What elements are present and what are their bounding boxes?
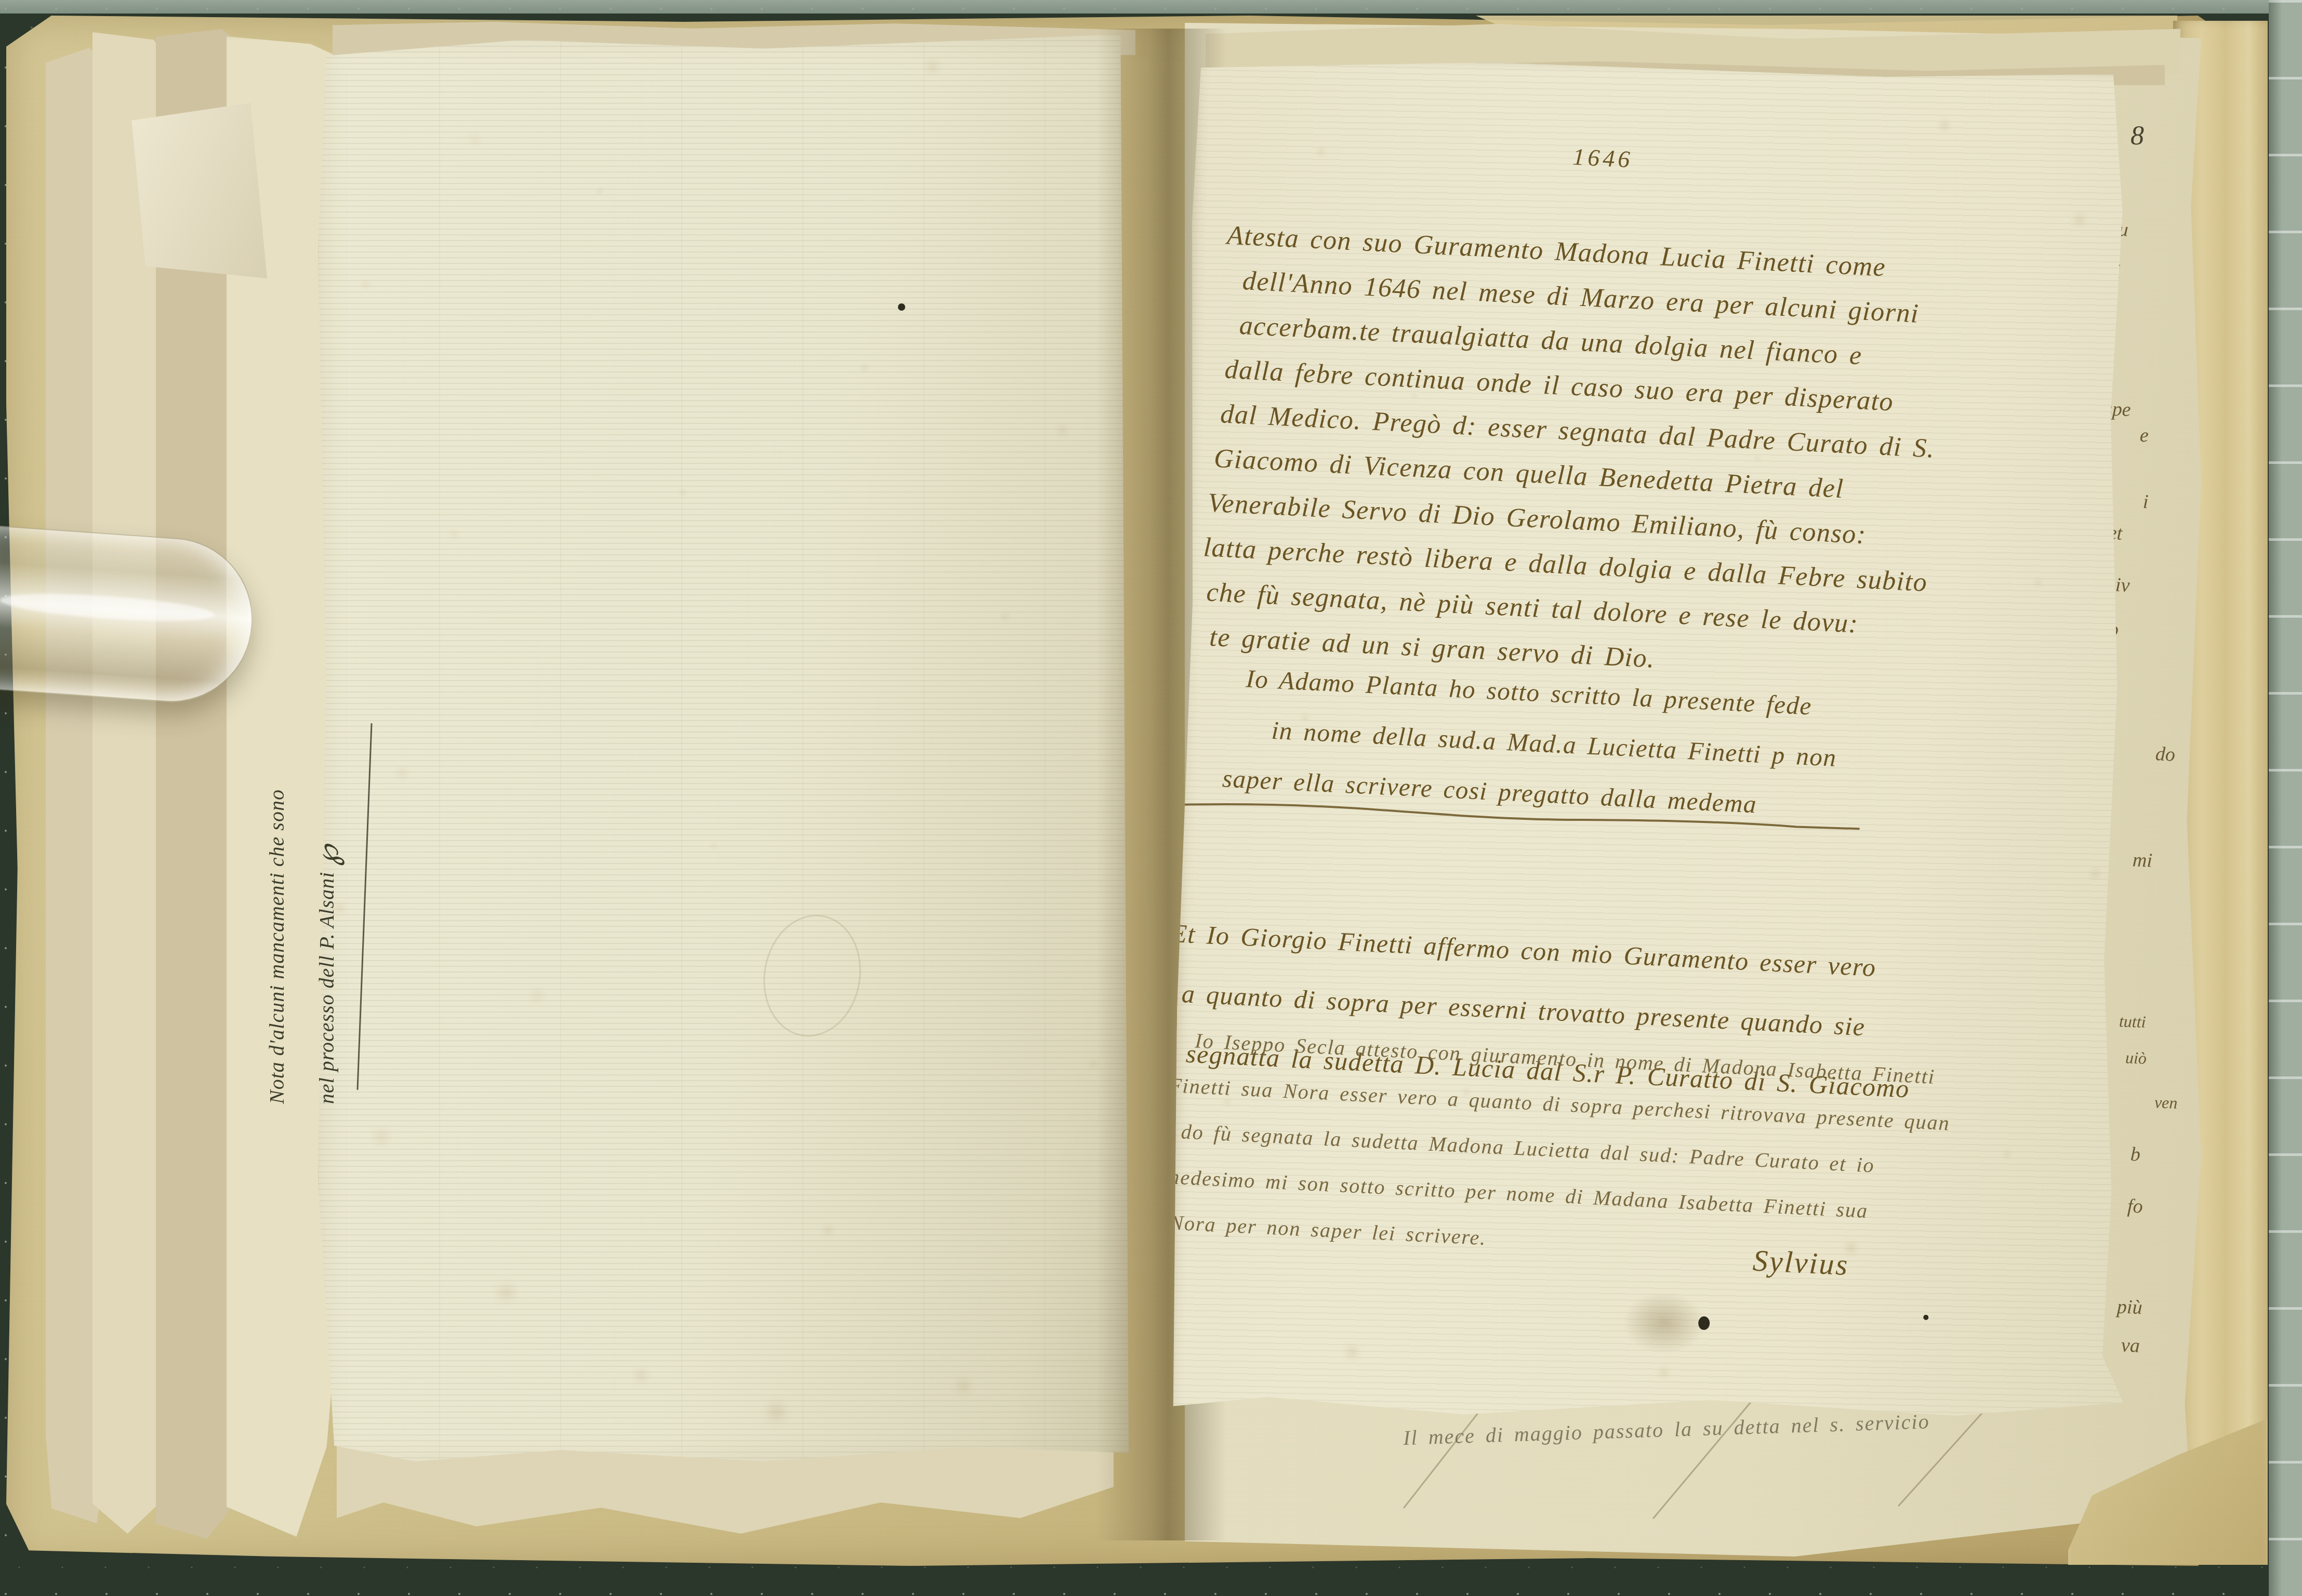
margin-note-line: Nota d'alcuni mancamenti che sono	[252, 720, 302, 1104]
ink-spot	[898, 303, 905, 311]
folded-page-corner	[129, 103, 267, 278]
year-heading: 1646	[1572, 143, 1633, 174]
left-blank-page	[318, 34, 1129, 1467]
ink-spot	[1923, 1314, 1928, 1320]
scanner-bed-right-strip	[2269, 0, 2302, 1596]
scanner-bed-top-strip	[0, 0, 2302, 14]
folio-number: 8	[2131, 121, 2144, 151]
leaf-handwriting: 1646 Atesta con suo Guramento Madona Luc…	[1129, 57, 2177, 1466]
pen-flourish: ℘	[311, 844, 345, 866]
witness-paragraph-iseppo-secla: Io Iseppo Secla attesto con giuramento i…	[1161, 1017, 1953, 1283]
glass-highlight	[0, 589, 215, 626]
inserted-attestation-leaf: 1646 Atesta con suo Guramento Madona Luc…	[1169, 57, 2178, 1439]
attestation-paragraph-lucia: Atesta con suo Guramento Madona Lucia Fi…	[1193, 212, 1944, 695]
margin-note-line: nel processo dell P. Alsani ℘	[302, 720, 353, 1104]
signature-sylvius: Sylvius	[1752, 1243, 1850, 1282]
manuscript-photo-scene: Nota d'alcuni mancamenti che sono nel pr…	[0, 0, 2302, 1596]
margin-note-text: Nota d'alcuni mancamenti che sono nel pr…	[252, 720, 356, 1104]
ink-smudge	[1621, 1289, 1707, 1356]
ink-spot	[1698, 1316, 1710, 1330]
laid-paper-texture	[318, 34, 1129, 1467]
